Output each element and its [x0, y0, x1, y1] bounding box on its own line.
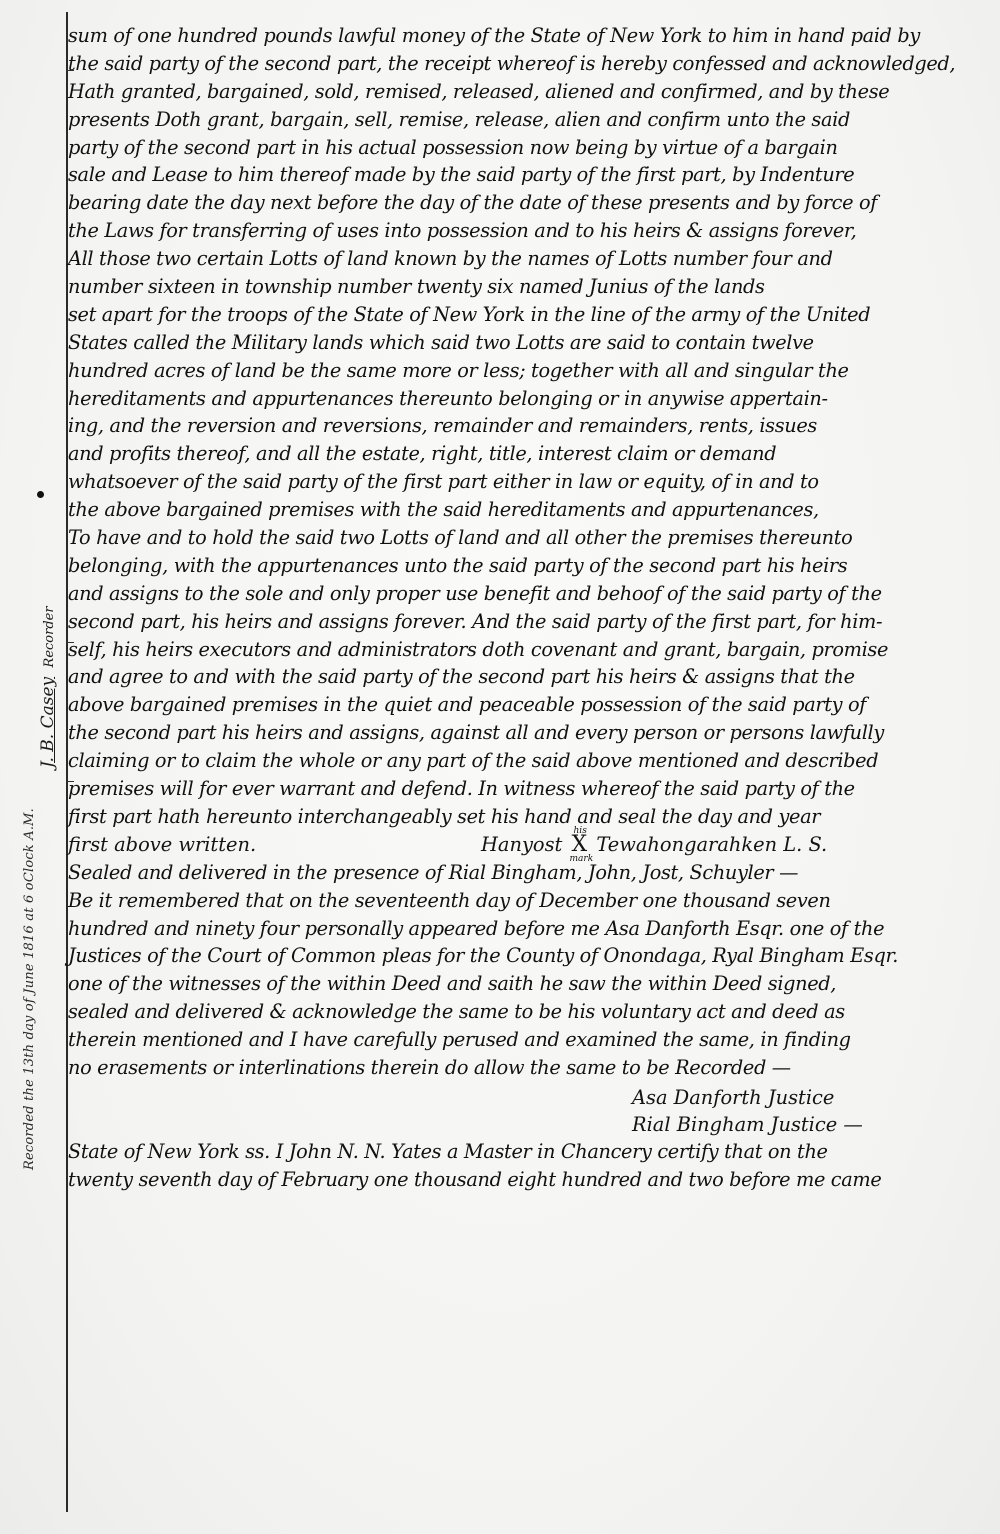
text-line: and assigns to the sole and only proper …	[68, 580, 983, 608]
text-line: States called the Military lands which s…	[68, 329, 983, 357]
text-line: party of the second part in his actual p…	[68, 134, 983, 162]
text-line: second part, his heirs and assigns forev…	[68, 608, 983, 636]
text-line: State of New York ss. I John N. N. Yates…	[68, 1138, 983, 1166]
text-line: set apart for the troops of the State of…	[68, 301, 983, 329]
text-line: premises will for ever warrant and defen…	[68, 775, 983, 803]
text-line: and profits thereof, and all the estate,…	[68, 440, 983, 468]
text-line: To have and to hold the said two Lotts o…	[68, 524, 983, 552]
recorder-title: Recorder	[42, 606, 57, 667]
justice-signature: Asa Danforth Justice	[632, 1084, 834, 1112]
recorder-signature: J. B. Casey Recorder	[38, 606, 58, 768]
text-line: no erasements or interlinations therein …	[68, 1054, 983, 1082]
justice-signature: Rial Bingham Justice —	[632, 1111, 863, 1139]
mark-his-label: his	[574, 818, 587, 846]
text-line: whatsoever of the said party of the firs…	[68, 468, 983, 496]
text-line: Justices of the Court of Common pleas fo…	[68, 942, 983, 970]
ink-dot-mark	[37, 491, 44, 498]
recording-margin-note: Recorded the 13th day of June 1816 at 6 …	[22, 808, 37, 1170]
text-line: sealed and delivered & acknowledge the s…	[68, 998, 983, 1026]
text-line: All those two certain Lotts of land know…	[68, 245, 983, 273]
text-line: the said party of the second part, the r…	[68, 50, 983, 78]
document-page: Recorded the 13th day of June 1816 at 6 …	[0, 0, 1000, 1534]
text-line: above bargained premises in the quiet an…	[68, 691, 983, 719]
text-line: the Laws for transferring of uses into p…	[68, 217, 983, 245]
first-above-written: first above written.	[68, 831, 256, 859]
text-line: Sealed and delivered in the presence of …	[68, 859, 983, 887]
text-line: and agree to and with the said party of …	[68, 663, 983, 691]
grantor-last-name: Tewahongarahken L. S.	[596, 833, 827, 856]
text-line: sum of one hundred pounds lawful money o…	[68, 22, 983, 50]
text-line: twenty seventh day of February one thous…	[68, 1166, 983, 1194]
text-line: hundred acres of land be the same more o…	[68, 357, 983, 385]
text-line: ing, and the reversion and reversions, r…	[68, 412, 983, 440]
deed-body: sum of one hundred pounds lawful money o…	[68, 22, 988, 1193]
grantor-signature: Hanyost his X mark Tewahongarahken L. S.	[481, 831, 827, 859]
text-line: hereditaments and appurtenances thereunt…	[68, 385, 983, 413]
justices-signatures: Asa Danforth Justice Rial Bingham Justic…	[68, 1082, 988, 1138]
text-line: the above bargained premises with the sa…	[68, 496, 983, 524]
text-line: claiming or to claim the whole or any pa…	[68, 747, 983, 775]
text-line: bearing date the day next before the day…	[68, 189, 983, 217]
text-line: hundred and ninety four personally appea…	[68, 915, 983, 943]
text-line: the second part his heirs and assigns, a…	[68, 719, 983, 747]
grantor-first-name: Hanyost	[481, 833, 562, 856]
recorder-name: J. B. Casey	[38, 677, 58, 768]
text-line: presents Doth grant, bargain, sell, remi…	[68, 106, 983, 134]
text-line: self, his heirs executors and administra…	[68, 636, 983, 664]
text-line: Be it remembered that on the seventeenth…	[68, 887, 983, 915]
text-line: therein mentioned and I have carefully p…	[68, 1026, 983, 1054]
text-line: sale and Lease to him thereof made by th…	[68, 161, 983, 189]
text-line: first part hath hereunto interchangeably…	[68, 803, 983, 831]
signature-mark: his X mark	[572, 831, 588, 859]
grantor-signature-line: first above written. Hanyost his X mark …	[68, 831, 988, 859]
text-line: one of the witnesses of the within Deed …	[68, 970, 983, 998]
text-line: belonging, with the appurtenances unto t…	[68, 552, 983, 580]
text-line: number sixteen in township number twenty…	[68, 273, 983, 301]
text-line: Hath granted, bargained, sold, remised, …	[68, 78, 983, 106]
